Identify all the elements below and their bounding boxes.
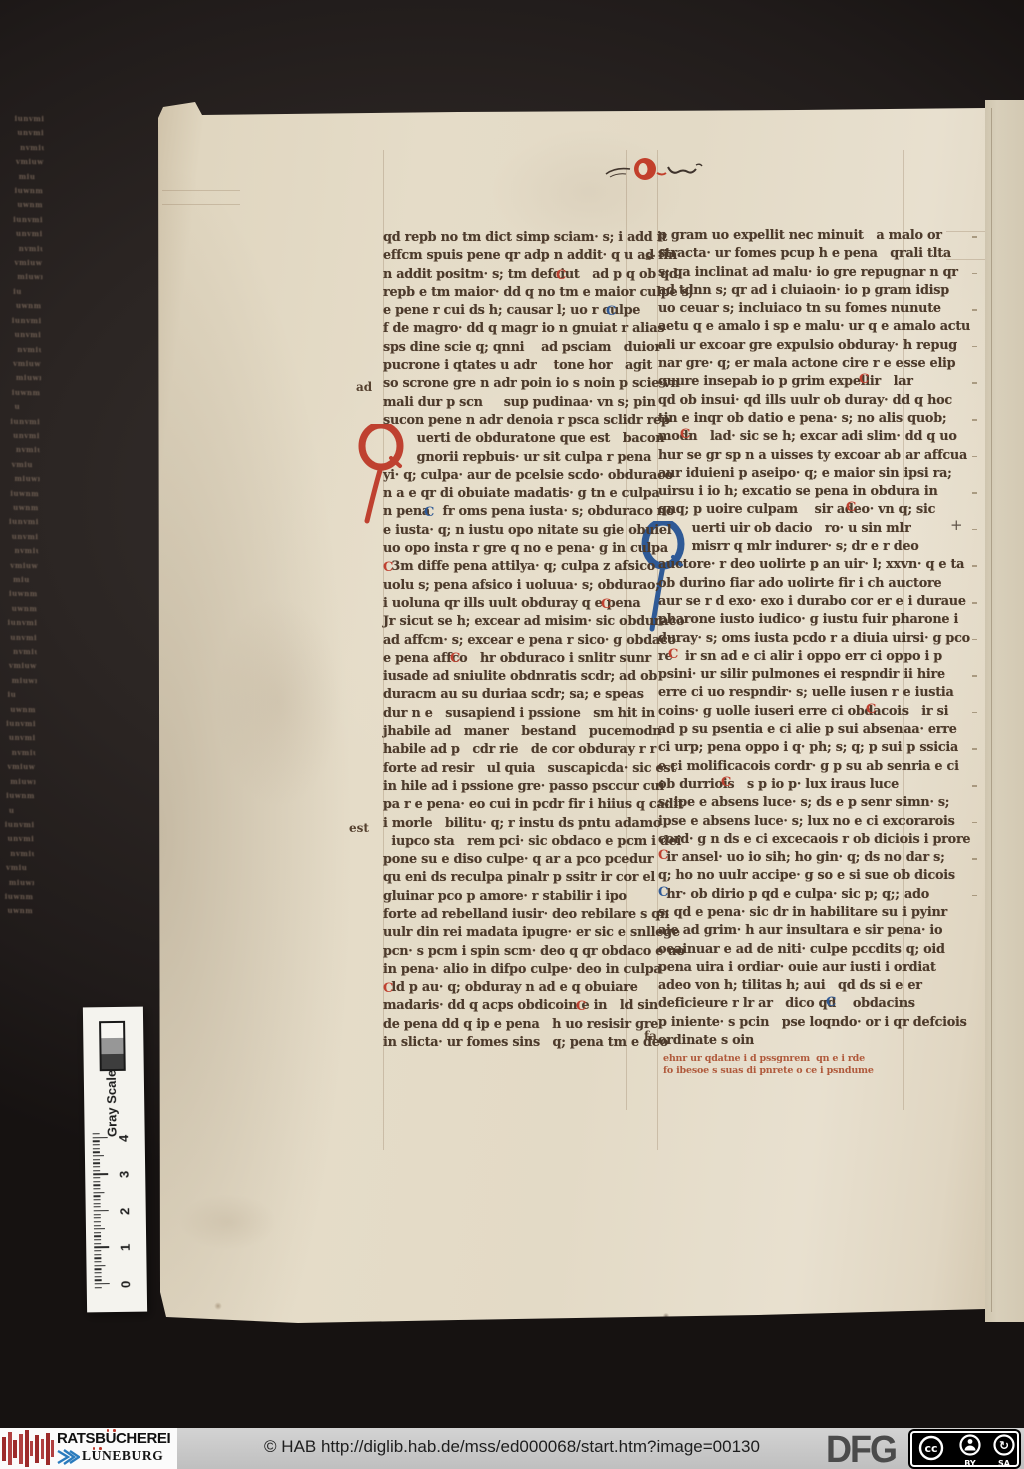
bleedthrough-line: iu <box>13 285 42 300</box>
copyright-url-text: © HAB http://diglib.hab.de/mss/ed000068/… <box>264 1437 760 1457</box>
ruler-number: 4 <box>116 1131 131 1145</box>
ruler-tick <box>94 1261 101 1262</box>
ruler-number: 2 <box>117 1204 132 1218</box>
digitized-manuscript-photo: iunvmiuunvmiuwnmuvnvmiuwnmuvniimnvmiuwnm… <box>0 0 1024 1469</box>
bleedthrough-line: iunvmiuwnmuvniimn <box>6 717 36 732</box>
bleedthrough-line: miuwnmuv <box>14 472 39 487</box>
bleedthrough-line: iunvmiu <box>14 112 44 127</box>
bleedthrough-line: iunvmiuwnmuvniimnuvmiu <box>13 213 43 228</box>
bleedthrough-line: vmiuwnmuv <box>7 760 35 775</box>
bleedthrough-line: miu <box>19 170 44 185</box>
ruler-tick <box>93 1144 100 1145</box>
bleedthrough-line: iuwnmuvniimn <box>10 486 39 501</box>
bleedthrough-line: uwnmuvniimnuvmiu <box>13 501 39 516</box>
bleedthrough-line: unvmiuwnmuvniimnuvmiu <box>9 731 36 746</box>
bleedthrough-line: vmiuwnmuvniimnuvmiu <box>10 558 38 573</box>
ruler-tick <box>93 1137 108 1139</box>
ruler-number: 3 <box>117 1168 132 1182</box>
grayscale-reference-card: Gray Scale 43210 <box>83 1007 147 1313</box>
bleedthrough-line: nvmiuwnmuv <box>13 645 37 660</box>
ruler-tick <box>94 1239 101 1240</box>
bleedthrough-line: iuwnmuvniimnuvmiu <box>12 386 41 401</box>
next-folio-edge <box>985 100 1024 1322</box>
ruler-tick <box>94 1214 101 1215</box>
ruler-tick <box>93 1173 108 1175</box>
parchment-page <box>158 102 985 1323</box>
ruler-tick <box>94 1258 101 1259</box>
bleedthrough-line: iunvmiuwnmuv <box>10 414 40 429</box>
by-label: BY <box>964 1459 976 1468</box>
ruler-tick <box>95 1272 102 1273</box>
dfg-logo: DFG <box>826 1427 896 1469</box>
ruler-tick <box>93 1177 100 1178</box>
bleedthrough-line: vmiu <box>12 458 40 473</box>
ruler-tick <box>94 1225 101 1226</box>
bleedthrough-line: uwnmuvniimn <box>12 602 38 617</box>
bleedthrough-line: uwnmuvniimnuvmiu <box>7 904 33 919</box>
bleedthrough-line: vmiu <box>6 861 34 876</box>
footer-bar: RATSBUCHEREI LUNEBURG © HAB http://digli… <box>0 1428 1024 1469</box>
bleedthrough-line: nvmiu <box>17 342 41 357</box>
ruler-tick <box>95 1283 110 1285</box>
ruler-tick <box>94 1199 101 1200</box>
bleedthrough-line: uwnmuvniimn <box>17 198 43 213</box>
ruler-tick <box>93 1141 100 1142</box>
next-folio-bleedthrough-text: iunvmiuunvmiuwnmuvnvmiuwnmuvniimnvmiuwnm… <box>3 112 44 922</box>
bleedthrough-line: vmiuwnmuvniimnuvmiu <box>16 155 44 170</box>
svg-text:↻: ↻ <box>999 1439 1009 1453</box>
bleedthrough-line: unvmiuwnmuvniimn <box>13 429 40 444</box>
bleedthrough-line: iu <box>7 688 36 703</box>
bleedthrough-line: iuwnmuvniimn <box>5 890 34 905</box>
ruler-tick <box>95 1276 102 1277</box>
bleedthrough-line: unvmiu <box>16 227 43 242</box>
bleedthrough-line: miuwnmuvniimnuvmiu <box>17 270 42 285</box>
bleedthrough-line: uwnmuv <box>16 299 42 314</box>
cc-icon: cc <box>924 1442 937 1455</box>
library-name-line2: LUNEBURG <box>82 1448 163 1464</box>
grayscale-card-label: Gray Scale <box>104 1070 120 1137</box>
ruler-tick <box>94 1206 101 1207</box>
ruler-tick <box>93 1166 100 1167</box>
ruler-tick <box>94 1243 101 1244</box>
ruler-tick <box>94 1265 105 1266</box>
bleedthrough-line: unvmiuwnmuv <box>12 530 39 545</box>
bleedthrough-line: nvmiuwnmuvniimnuvmiu <box>10 847 34 862</box>
ruler-tick <box>94 1254 101 1255</box>
ratsbuecherei-logo: RATSBUCHEREI LUNEBURG <box>0 1428 177 1469</box>
creative-commons-badge: cc ↻ BY SA <box>908 1429 1021 1469</box>
by-person-icon <box>961 1436 980 1455</box>
bleedthrough-line: vmiuwnmuvniimn <box>9 659 37 674</box>
bleedthrough-line: miuwnmuvniimn <box>16 371 41 386</box>
ruler-tick <box>93 1159 100 1160</box>
bleedthrough-line: unvmiuwnmuvniimn <box>7 832 34 847</box>
ruler-tick <box>93 1162 100 1163</box>
ruler-tick <box>94 1203 101 1204</box>
ruler-number: 1 <box>118 1241 133 1255</box>
bleedthrough-line: miuwnmuvniimn <box>10 775 35 790</box>
open-book-icon <box>57 1449 80 1467</box>
bleedthrough-line: nvmiuwnmuvniimn <box>20 141 44 156</box>
red-bars-icon <box>0 1428 55 1469</box>
ruler-tick <box>94 1221 101 1222</box>
bleedthrough-line: u <box>14 400 40 415</box>
ruler-tick <box>93 1184 100 1185</box>
ruler-tick <box>95 1287 102 1288</box>
bleedthrough-line: unvmiuwnmuv <box>17 126 44 141</box>
cc-by-sa-icons: cc ↻ BY SA <box>908 1429 1021 1469</box>
library-name-line1: RATSBUCHEREI <box>57 1430 170 1447</box>
bleedthrough-line: unvmiu <box>10 630 37 645</box>
ruler-tick <box>94 1217 101 1218</box>
bleedthrough-line: miuwnmuvniimnuvmiu <box>12 674 37 689</box>
ruler-tick <box>93 1148 100 1149</box>
ruler-tick <box>94 1247 109 1249</box>
ruler-tick <box>93 1188 100 1189</box>
bleedthrough-line: u <box>9 803 35 818</box>
bleedthrough-line: miuwnmuv <box>9 875 34 890</box>
bleedthrough-line: iuwnmuv <box>14 184 43 199</box>
bleedthrough-line: vmiuwnmuvniimn <box>14 256 42 271</box>
bleedthrough-line: miu <box>13 573 38 588</box>
ruler-tick <box>93 1181 100 1182</box>
ruler-tick <box>94 1250 101 1251</box>
ruler-tick <box>94 1232 101 1233</box>
folio-fold-line <box>991 108 992 1312</box>
bleedthrough-line: iuwnmuvniimnuvmiu <box>6 789 35 804</box>
ruler-number: 0 <box>118 1277 133 1291</box>
ruler-tick <box>94 1195 101 1196</box>
ruler-tick <box>93 1133 100 1134</box>
ruler-tick <box>94 1228 105 1229</box>
ruler-tick <box>93 1170 100 1171</box>
bleedthrough-line: iuwnmuv <box>9 587 38 602</box>
bleedthrough-line: nvmiuwnmuv <box>19 242 43 257</box>
ruler-tick <box>93 1152 100 1153</box>
ruler-tick <box>94 1210 109 1212</box>
ruler-tick <box>95 1280 102 1281</box>
bleedthrough-line: iunvmiuwnmuvniimnuvmiu <box>7 616 37 631</box>
ruler-tick <box>95 1269 102 1270</box>
bleedthrough-line: iunvmiuwnmuvniimn <box>12 313 42 328</box>
bleedthrough-line: unvmiuwnmuvniimnuvmiu <box>14 328 41 343</box>
bleedthrough-line: nvmiuwnmuvniimnuvmiu <box>16 443 40 458</box>
ruler-tick <box>94 1236 101 1237</box>
bleedthrough-line: uwnmuv <box>10 702 36 717</box>
grayscale-step-patch <box>99 1021 126 1071</box>
ruler-tick <box>93 1192 104 1193</box>
bleedthrough-line: nvmiuwnmuvniimn <box>14 544 38 559</box>
bleedthrough-line: iunvmiu <box>9 515 39 530</box>
grayscale-ruler: 43210 <box>91 1133 141 1304</box>
bleedthrough-line: vmiuwnmuv <box>13 357 41 372</box>
sa-label: SA <box>998 1459 1011 1468</box>
ruler-tick <box>93 1155 104 1156</box>
bleedthrough-line: iunvmiuwnmuv <box>5 818 35 833</box>
bleedthrough-line: nvmiu <box>12 746 36 761</box>
